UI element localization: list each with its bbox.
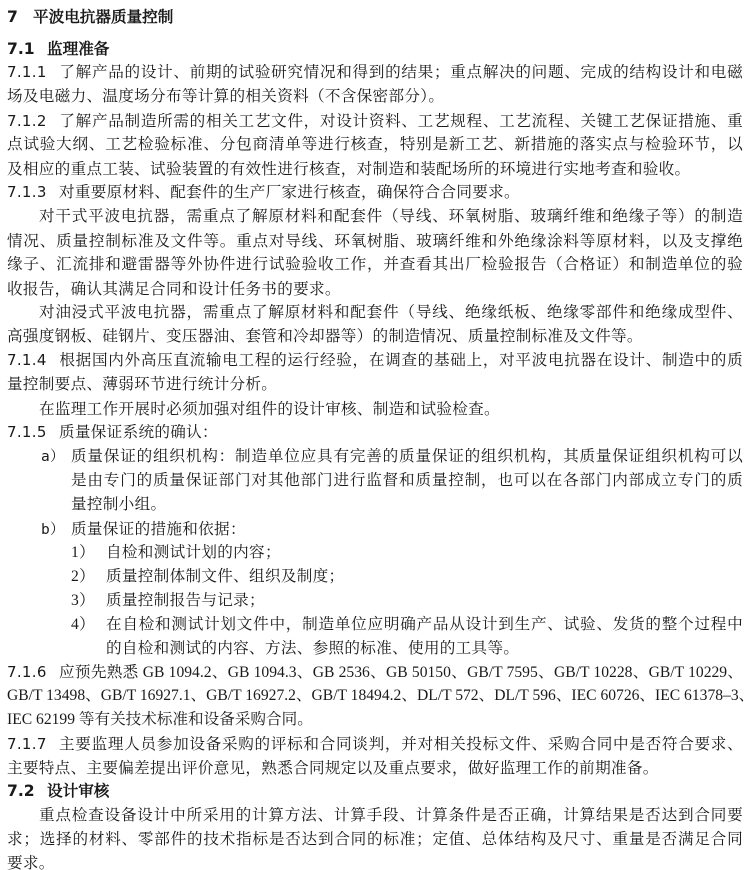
clause-7-1-6-line-2: GB/T 13498、GB/T 16927.1、GB/T 16927.2、GB/… <box>7 683 743 709</box>
clause-7-1-2-line-3: 及相应的重点工装、试验装置的有效性进行核查，对制造和装配场所的环境进行实地考查和… <box>7 156 690 182</box>
section-7-2-line-2: 求；选择的材料、零部件的技术指标是否达到合同的标准；定值、总体结构及尺寸、重量是… <box>7 826 743 852</box>
section-heading-7-1: 7.1监理准备 <box>7 36 109 62</box>
subitem-4-line-1: 4）在自检和测试计划文件中，制造单位应明确产品从设计到生产、试验、发货的整个过程… <box>71 611 743 637</box>
item-a-line-3: 量控制小组。 <box>71 491 166 517</box>
oil-type-para-line-1: 对油浸式平波电抗器，需重点了解原材料和配套件（导线、绝缘纸板、绝缘零部件和绝缘成… <box>39 299 743 325</box>
clause-number: 7.1.5 <box>7 419 59 445</box>
clause-7-1-2-line-2: 点试验大纲、工艺检验标准、分包商清单等进行核查，特别是新工艺、新措施的落实点与检… <box>7 131 743 157</box>
clause-7-1-4-line-1: 7.1.4根据国内外高压直流输电工程的运行经验，在调查的基础上，对平波电抗器在设… <box>7 347 743 373</box>
clause-7-1-4-line-2: 量控制要点、薄弱环节进行统计分析。 <box>7 371 277 397</box>
subitem-1: 1）自检和测试计划的内容； <box>71 539 281 565</box>
section-number: 7.1 <box>7 36 47 62</box>
dry-type-para-line-3: 缘子、汇流排和避雷器等外协件进行试验验收工作，并查看其出厂检验报告（合格证）和制… <box>7 251 743 277</box>
dry-type-para-line-1: 对干式平波电抗器，需重点了解原材料和配套件（导线、环氧树脂、玻璃纤维和绝缘子等）… <box>39 203 743 229</box>
clause-text: 了解产品制造所需的相关工艺文件，对设计资料、工艺规程、工艺流程、关键工艺保证措施… <box>59 112 743 130</box>
clause-7-1-1-line-1: 7.1.1了解产品的设计、前期的试验研究情况和得到的结果；重点解决的问题、完成的… <box>7 59 743 85</box>
item-b-heading: b）质量保证的措施和依据： <box>41 516 246 542</box>
clause-7-1-6-line-3: IEC 62199 等有关技术标准和设备采购合同。 <box>7 707 313 733</box>
item-a-line-2: 是由专门的质量保证部门对其他部门进行监督和质量控制，也可以在各部门内部成立专门的… <box>71 467 743 493</box>
subitem-text: 质量控制报告与记录； <box>106 591 265 609</box>
clause-text: 主要监理人员参加设备采购的评标和合同谈判，并对相关投标文件、采购合同中是否符合要… <box>59 731 743 757</box>
clause-number: 7.1.6 <box>7 659 59 685</box>
clause-number: 7.1.7 <box>7 731 59 757</box>
item-label: b） <box>41 517 71 543</box>
subitem-label: 4） <box>71 612 106 638</box>
section-7-2-line-3: 要求。 <box>7 850 55 870</box>
clause-number: 7.1.4 <box>7 347 59 373</box>
section-7-2-line-1: 重点检查设备设计中所采用的计算方法、计算手段、计算条件是否正确，计算结果是否达到… <box>39 802 743 828</box>
clause-text: 对重要原材料、配套件的生产厂家进行核查，确保符合合同要求。 <box>59 183 520 201</box>
section-heading-7-2: 7.2设计审核 <box>7 778 109 804</box>
clause-number: 7.1.2 <box>7 108 59 134</box>
clause-7-1-7-line-2: 主要特点、主要偏差提出评价意见，熟悉合同规定以及重点要求，做好监理工作的前期准备… <box>7 755 659 781</box>
subitem-2: 2）质量控制体制文件、组织及制度； <box>71 563 344 589</box>
dry-type-para-line-2: 情况、质量控制标准及文件等。重点对导线、环氧树脂、玻璃纤维和外绝缘涂料等原材料，… <box>7 228 743 254</box>
clause-number: 7.1.1 <box>7 59 59 85</box>
clause-7-1-4-para: 在监理工作开展时必须加强对组件的设计审核、制造和试验检查。 <box>39 396 500 422</box>
item-a-line-1: a）质量保证的组织机构：制造单位应具有完善的质量保证的组织机构，其质量保证组织机… <box>41 443 743 469</box>
clause-7-1-6-line-1: 7.1.6应预先熟悉 GB 1094.2、GB 1094.3、GB 2536、G… <box>7 659 743 685</box>
clause-text: 质量保证系统的确认： <box>59 423 218 441</box>
clause-text: 根据国内外高压直流输电工程的运行经验，在调查的基础上，对平波电抗器在设计、制造中… <box>59 351 743 369</box>
clause-text: 了解产品的设计、前期的试验研究情况和得到的结果；重点解决的问题、完成的结构设计和… <box>59 63 743 81</box>
section-title: 设计审核 <box>47 782 109 800</box>
subitem-text: 自检和测试计划的内容； <box>106 543 281 561</box>
subitem-text: 质量控制体制文件、组织及制度； <box>106 567 344 585</box>
dry-type-para-line-4: 收报告，确认其满足合同和设计任务书的要求。 <box>7 276 341 302</box>
clause-7-1-5-heading: 7.1.5质量保证系统的确认： <box>7 419 218 445</box>
chapter-number: 7 <box>7 4 33 30</box>
clause-7-1-7-line-1: 7.1.7主要监理人员参加设备采购的评标和合同谈判，并对相关投标文件、采购合同中… <box>7 731 743 757</box>
subitem-4-line-2: 的自检和测试的内容、方法、参照的标准、使用的工具等。 <box>106 635 519 661</box>
chapter-heading: 7平波电抗器质量控制 <box>7 4 173 30</box>
section-title: 监理准备 <box>47 40 109 58</box>
subitem-label: 2） <box>71 564 106 590</box>
subitem-3: 3）质量控制报告与记录； <box>71 587 265 613</box>
section-number: 7.2 <box>7 778 47 804</box>
item-label: a） <box>41 444 71 470</box>
item-text: 质量保证的组织机构：制造单位应具有完善的质量保证的组织机构，其质量保证组织机构可… <box>71 443 743 469</box>
clause-number: 7.1.3 <box>7 179 59 205</box>
clause-7-1-2-line-1: 7.1.2了解产品制造所需的相关工艺文件，对设计资料、工艺规程、工艺流程、关键工… <box>7 108 743 134</box>
subitem-text: 在自检和测试计划文件中，制造单位应明确产品从设计到生产、试验、发货的整个过程中 <box>106 611 743 637</box>
item-text: 质量保证的措施和依据： <box>71 520 246 538</box>
clause-7-1-3-line-1: 7.1.3对重要原材料、配套件的生产厂家进行核查，确保符合合同要求。 <box>7 179 520 205</box>
clause-7-1-1-line-2: 场及电磁力、温度场分布等计算的相关资料（不含保密部分）。 <box>7 83 444 109</box>
chapter-title: 平波电抗器质量控制 <box>33 8 173 26</box>
oil-type-para-line-2: 高强度钢板、硅钢片、变压器油、套管和冷却器等）的制造情况、质量控制标准及文件等。 <box>7 323 643 349</box>
